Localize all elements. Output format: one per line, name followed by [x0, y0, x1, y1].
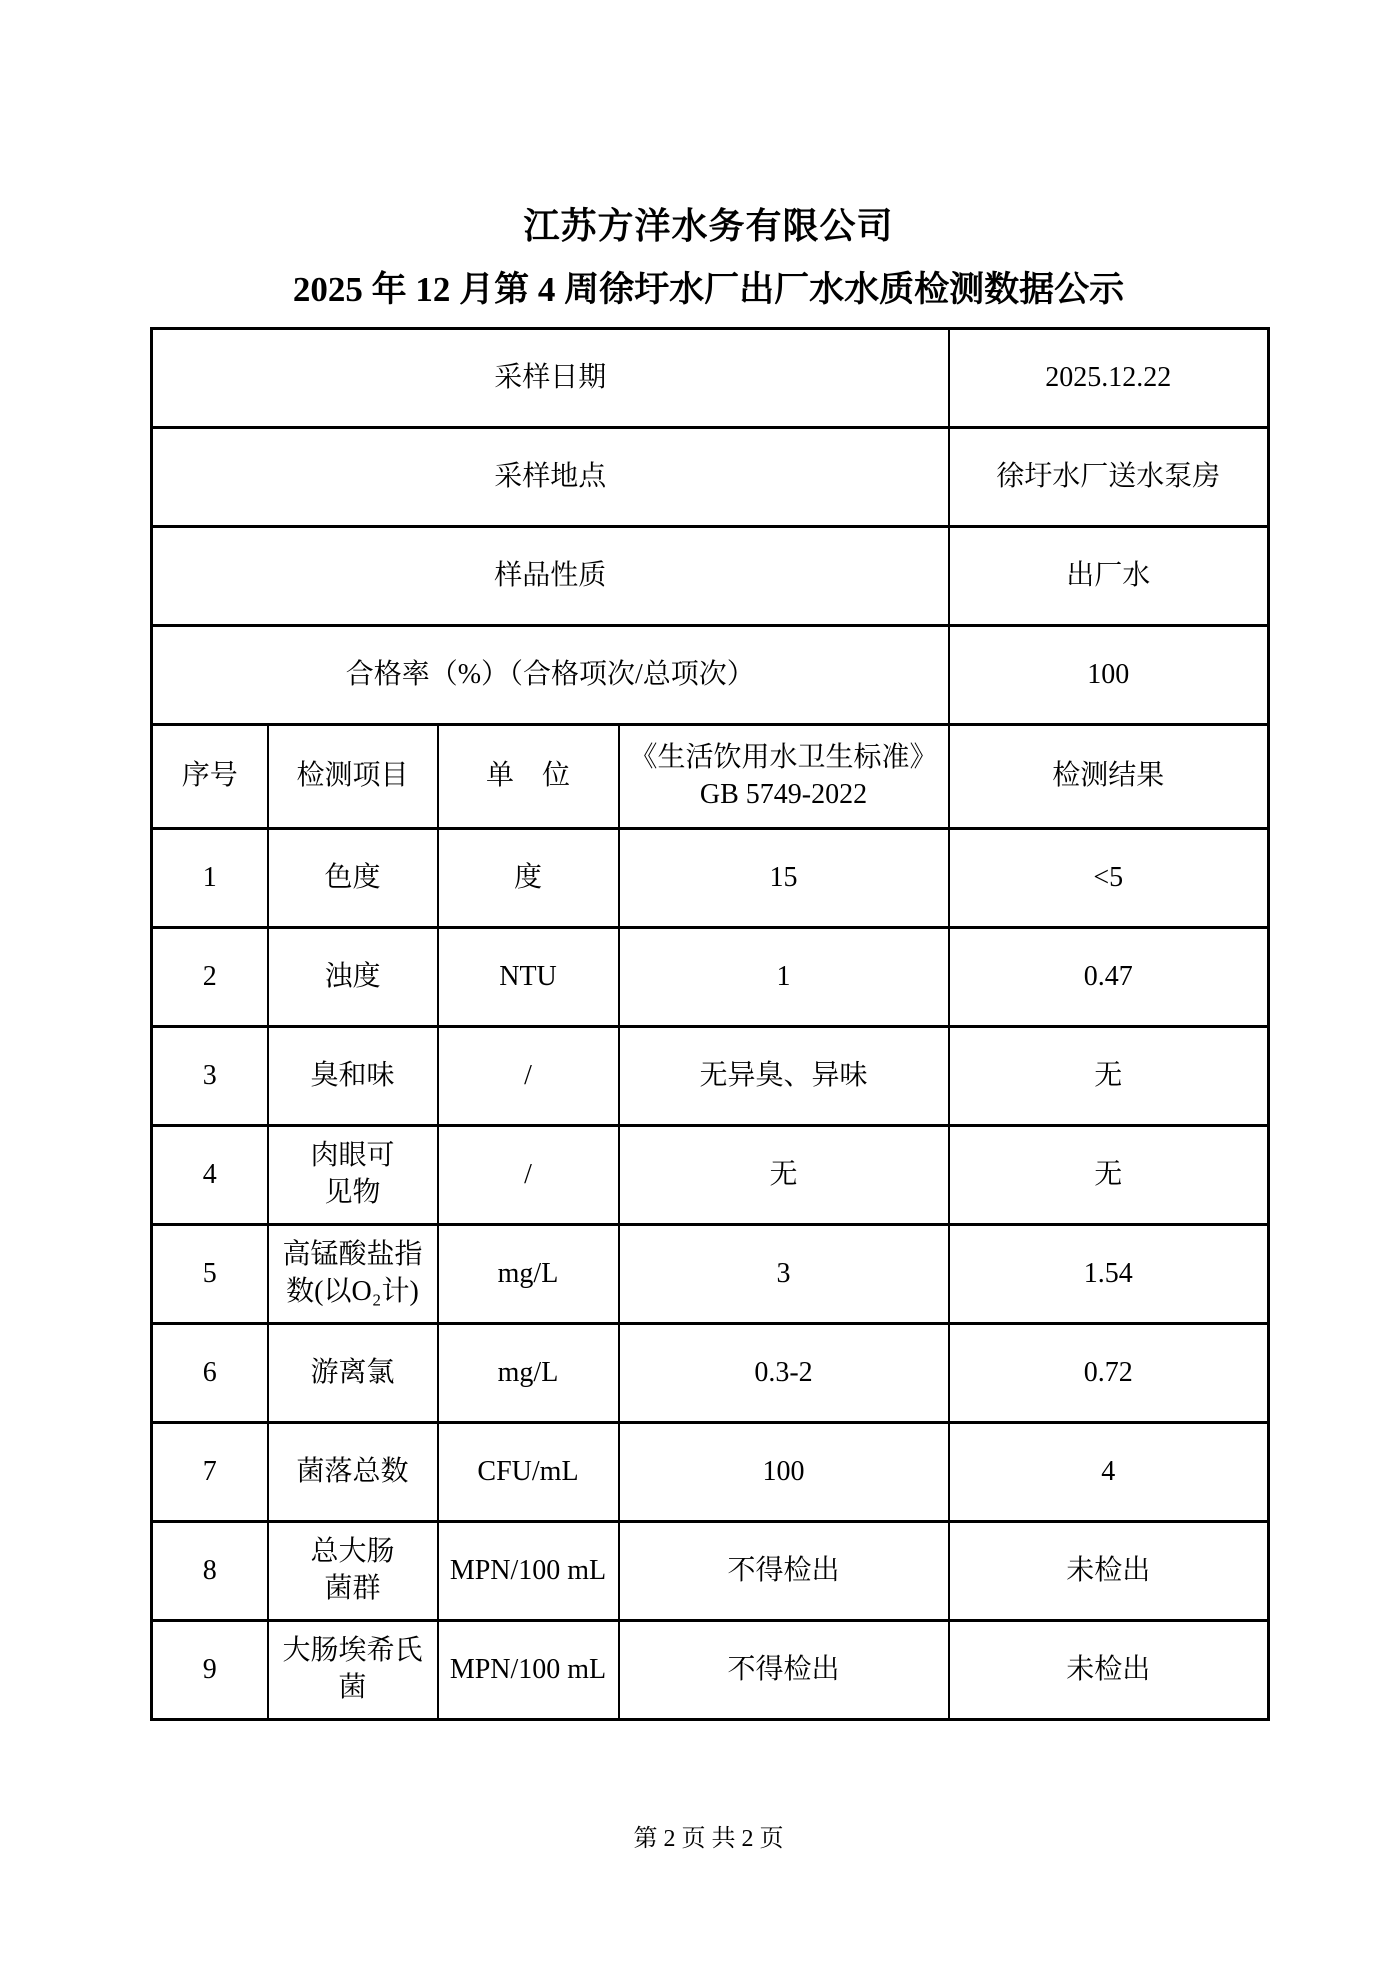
table-row: 1 色度 度 15 <5 [152, 829, 1269, 928]
document-page: 江苏方洋水务有限公司 2025 年 12 月第 4 周徐圩水厂出厂水水质检测数据… [0, 0, 1389, 1964]
info-label: 样品性质 [152, 527, 949, 626]
header-cell-standard: 《生活饮用水卫生标准》 GB 5749-2022 [619, 725, 949, 829]
cell-result: 未检出 [949, 1621, 1269, 1720]
cell-result: 无 [949, 1126, 1269, 1225]
cell-index: 5 [152, 1225, 268, 1324]
table-row: 9 大肠埃希氏 菌 MPN/100 mL 不得检出 未检出 [152, 1621, 1269, 1720]
cell-unit: mg/L [438, 1225, 619, 1324]
cell-unit: MPN/100 mL [438, 1522, 619, 1621]
page-subtitle: 2025 年 12 月第 4 周徐圩水厂出厂水水质检测数据公示 [150, 262, 1267, 312]
cell-item: 高锰酸盐指 数(以O₂计) [268, 1225, 438, 1324]
cell-index: 6 [152, 1324, 268, 1423]
cell-index: 2 [152, 928, 268, 1027]
cell-index: 1 [152, 829, 268, 928]
cell-index: 4 [152, 1126, 268, 1225]
cell-index: 7 [152, 1423, 268, 1522]
info-value: 2025.12.22 [949, 329, 1269, 428]
cell-item: 肉眼可 见物 [268, 1126, 438, 1225]
info-row-sample-nature: 样品性质 出厂水 [152, 527, 1269, 626]
cell-standard: 无异臭、异味 [619, 1027, 949, 1126]
table-row: 7 菌落总数 CFU/mL 100 4 [152, 1423, 1269, 1522]
cell-item: 游离氯 [268, 1324, 438, 1423]
header-cell-result: 检测结果 [949, 725, 1269, 829]
cell-standard: 3 [619, 1225, 949, 1324]
cell-item: 菌落总数 [268, 1423, 438, 1522]
cell-unit: / [438, 1027, 619, 1126]
cell-index: 9 [152, 1621, 268, 1720]
table-row: 2 浊度 NTU 1 0.47 [152, 928, 1269, 1027]
info-row-pass-rate: 合格率（%）（合格项次/总项次） 100 [152, 626, 1269, 725]
info-label: 合格率（%）（合格项次/总项次） [152, 626, 949, 725]
cell-unit: NTU [438, 928, 619, 1027]
cell-standard: 1 [619, 928, 949, 1027]
table-header-row: 序号 检测项目 单 位 《生活饮用水卫生标准》 GB 5749-2022 检测结… [152, 725, 1269, 829]
cell-standard: 无 [619, 1126, 949, 1225]
info-label: 采样地点 [152, 428, 949, 527]
cell-index: 3 [152, 1027, 268, 1126]
cell-item: 浊度 [268, 928, 438, 1027]
cell-result: 未检出 [949, 1522, 1269, 1621]
page-title: 江苏方洋水务有限公司 [150, 198, 1267, 249]
cell-item: 大肠埃希氏 菌 [268, 1621, 438, 1720]
cell-result: 无 [949, 1027, 1269, 1126]
header-cell-unit: 单 位 [438, 725, 619, 829]
cell-result: 0.72 [949, 1324, 1269, 1423]
info-row-sampling-location: 采样地点 徐圩水厂送水泵房 [152, 428, 1269, 527]
cell-unit: / [438, 1126, 619, 1225]
cell-result: 4 [949, 1423, 1269, 1522]
cell-unit: mg/L [438, 1324, 619, 1423]
cell-item: 总大肠 菌群 [268, 1522, 438, 1621]
cell-unit: MPN/100 mL [438, 1621, 619, 1720]
info-value: 出厂水 [949, 527, 1269, 626]
header-cell-index: 序号 [152, 725, 268, 829]
cell-standard: 不得检出 [619, 1621, 949, 1720]
cell-unit: 度 [438, 829, 619, 928]
cell-standard: 100 [619, 1423, 949, 1522]
info-value: 徐圩水厂送水泵房 [949, 428, 1269, 527]
cell-item: 色度 [268, 829, 438, 928]
table-row: 4 肉眼可 见物 / 无 无 [152, 1126, 1269, 1225]
table-row: 6 游离氯 mg/L 0.3-2 0.72 [152, 1324, 1269, 1423]
cell-unit: CFU/mL [438, 1423, 619, 1522]
cell-standard: 不得检出 [619, 1522, 949, 1621]
table-row: 8 总大肠 菌群 MPN/100 mL 不得检出 未检出 [152, 1522, 1269, 1621]
cell-item: 臭和味 [268, 1027, 438, 1126]
cell-standard: 0.3-2 [619, 1324, 949, 1423]
cell-standard: 15 [619, 829, 949, 928]
cell-result: 1.54 [949, 1225, 1269, 1324]
table-row: 5 高锰酸盐指 数(以O₂计) mg/L 3 1.54 [152, 1225, 1269, 1324]
info-row-sampling-date: 采样日期 2025.12.22 [152, 329, 1269, 428]
cell-result: 0.47 [949, 928, 1269, 1027]
header-cell-item: 检测项目 [268, 725, 438, 829]
page-footer: 第 2 页 共 2 页 [150, 1818, 1267, 1853]
table-row: 3 臭和味 / 无异臭、异味 无 [152, 1027, 1269, 1126]
cell-index: 8 [152, 1522, 268, 1621]
water-quality-table: 采样日期 2025.12.22 采样地点 徐圩水厂送水泵房 样品性质 出厂水 合… [150, 327, 1270, 1721]
info-value: 100 [949, 626, 1269, 725]
info-label: 采样日期 [152, 329, 949, 428]
cell-result: <5 [949, 829, 1269, 928]
